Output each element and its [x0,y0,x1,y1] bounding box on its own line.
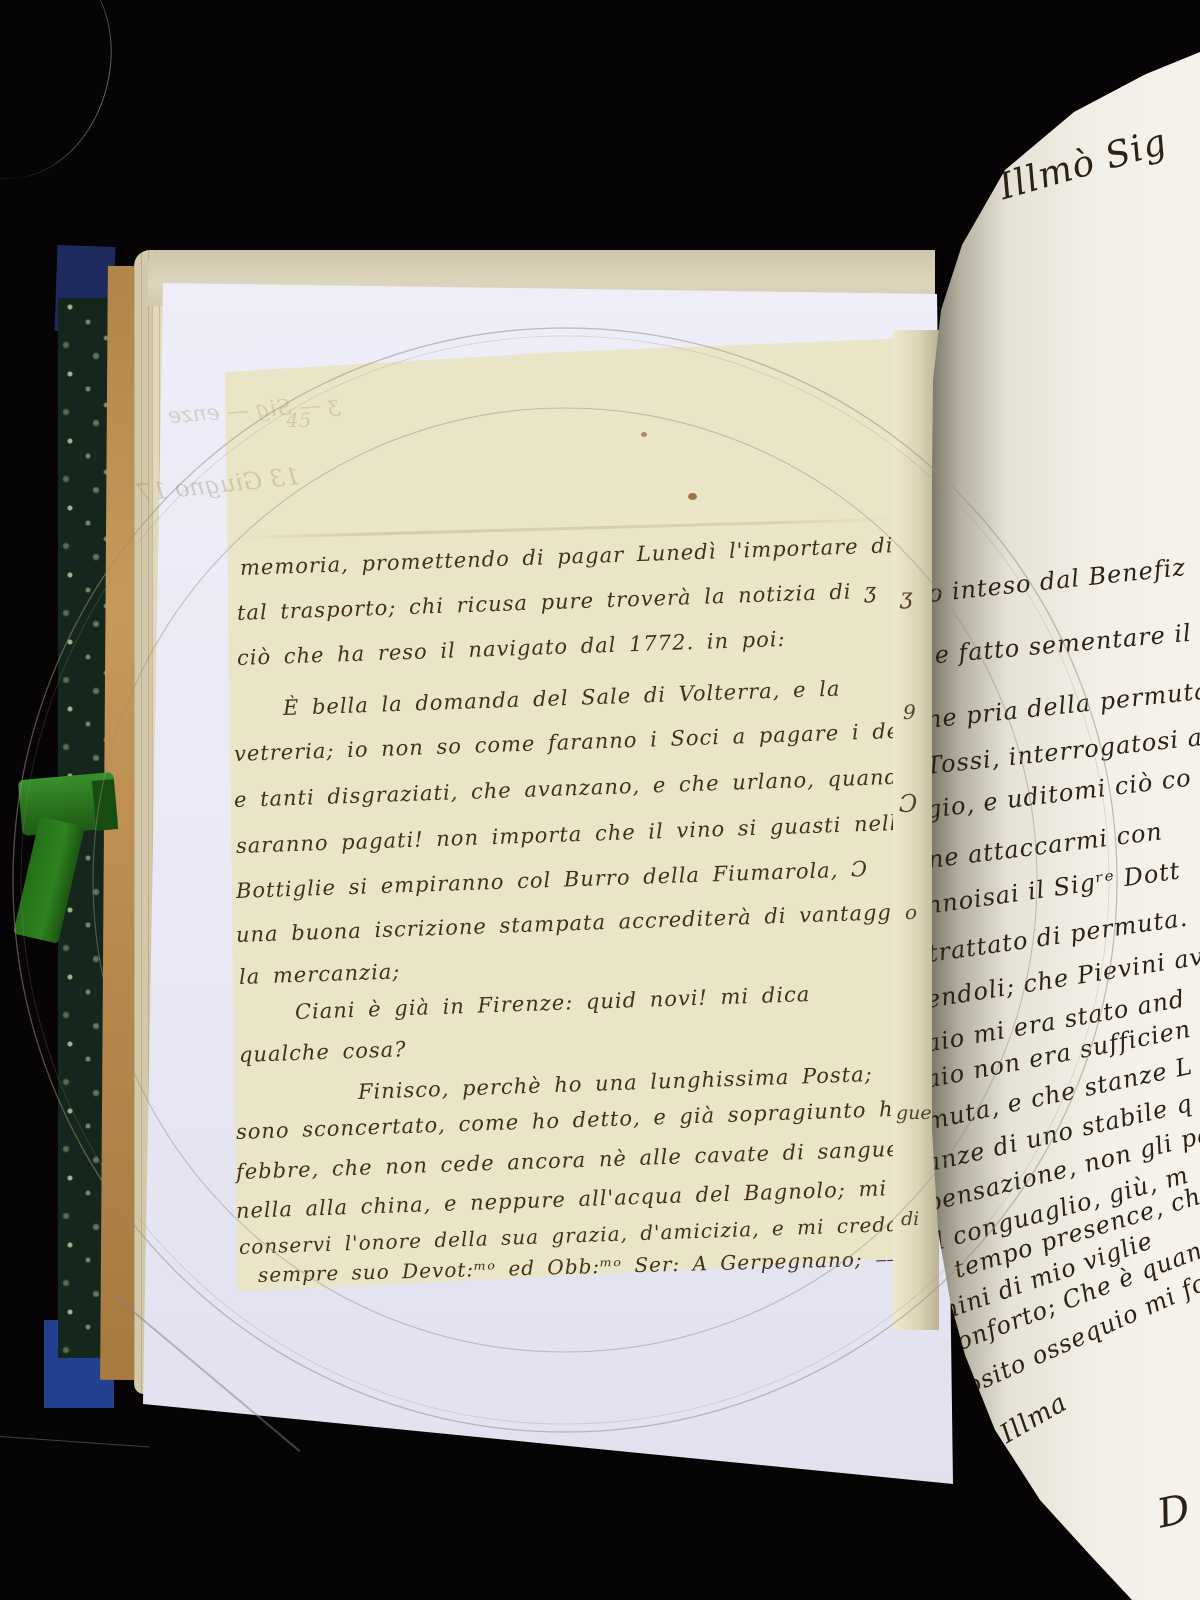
scratch-line-bottom-edge [0,1436,150,1448]
gutter-fragment: gue [896,1102,932,1124]
ribbon-shadow-end [92,779,118,831]
right-page-closing: V.S. Illma [943,1388,1073,1480]
right-page-heading: Illmò Sig [994,121,1171,208]
right-page-initial: D [1153,1486,1195,1538]
gutter-fragment: ʒ [900,585,912,610]
manuscript-photo: ʒ — Sig — enze 13 Giugno 1779 45 memoria… [0,0,1200,1600]
bleedthrough-page-number: 45 [286,408,311,432]
right-page-line: ne pria della permuta [925,676,1200,734]
gutter-fragment: di [901,1208,919,1230]
gutter-fragment: Ɔ [899,790,917,818]
right-page-line: o inteso dal Benefiz [927,553,1188,608]
scratch-arc-top-left [0,0,135,198]
gutter-fragment: o [905,900,917,924]
stain [641,432,647,437]
right-page-line: le fatto sementare il [925,619,1193,670]
gutter-fragment: 9 [903,700,916,724]
stain [688,493,697,500]
